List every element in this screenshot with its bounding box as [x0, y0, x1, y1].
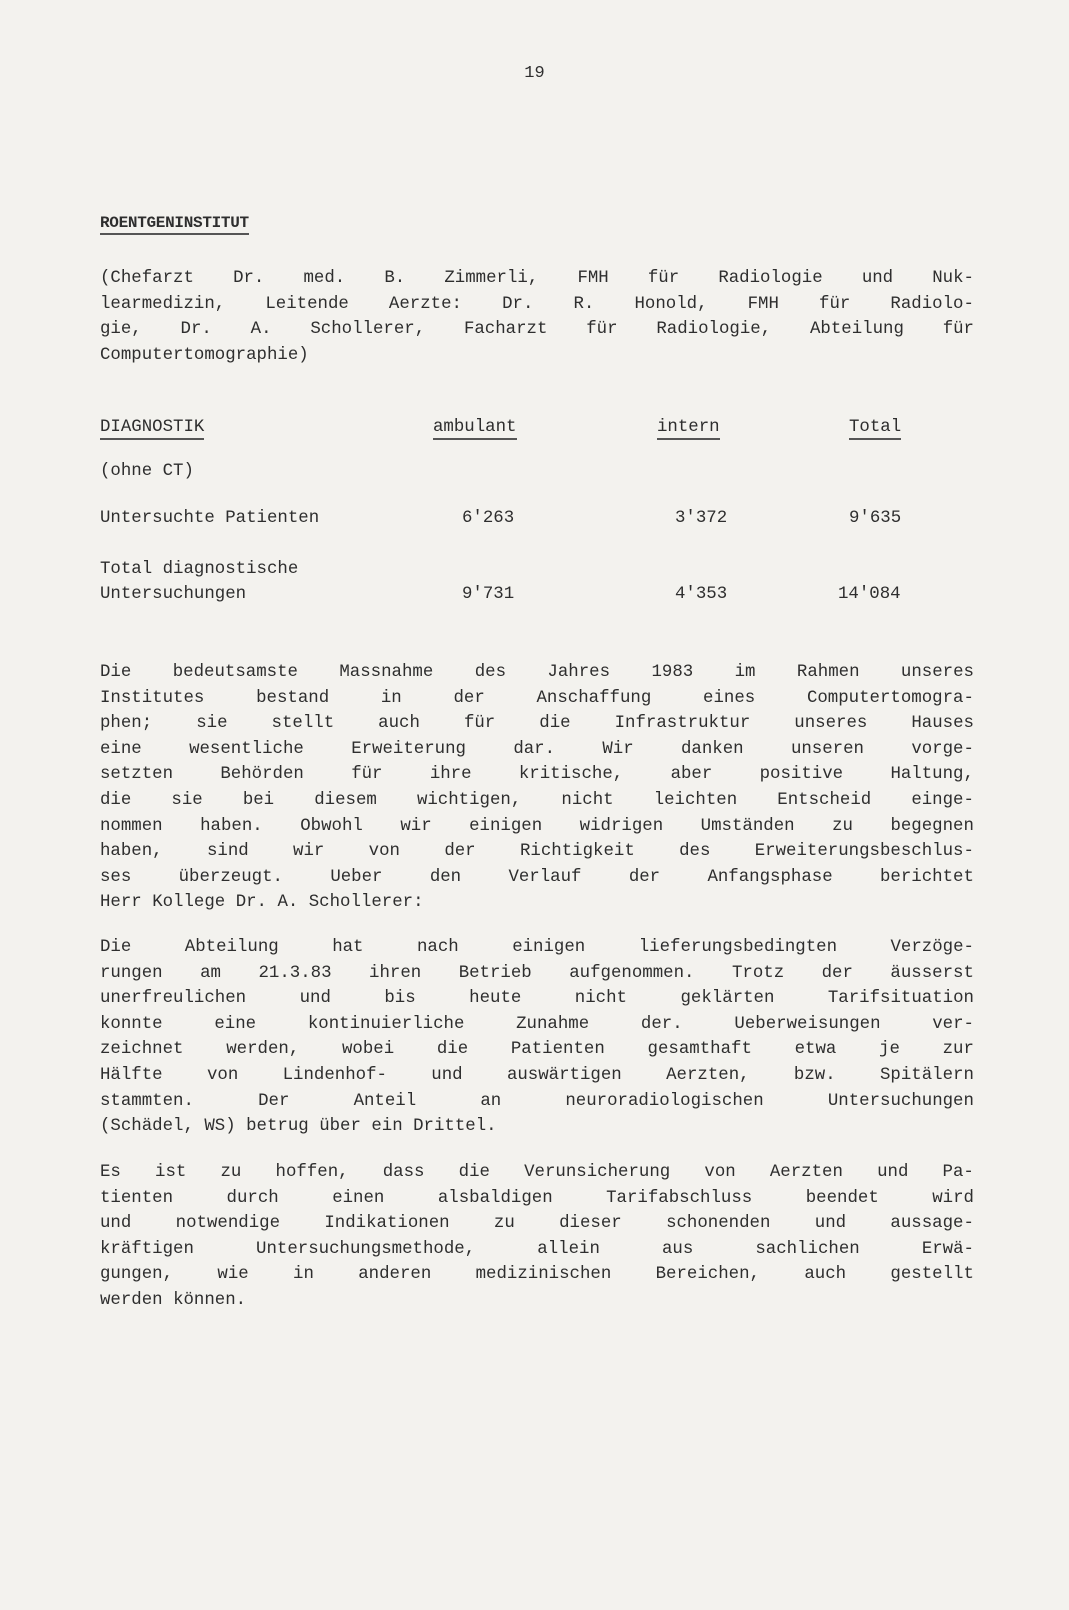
- text-line: undnotwendigeIndikationenzudieserschonen…: [100, 1211, 974, 1237]
- row-label: Untersuchte Patienten: [100, 509, 319, 528]
- text-line: DiebedeutsamsteMassnahmedesJahres1983imR…: [100, 660, 974, 686]
- cell-ambulant: 6'263: [462, 509, 514, 528]
- text-line: stammten.DerAnteilanneuroradiologischenU…: [100, 1089, 974, 1115]
- text-line: HälftevonLindenhof-undauswärtigenAerzten…: [100, 1063, 974, 1089]
- text-line: zeichnetwerden,wobeidiePatientengesamtha…: [100, 1037, 974, 1063]
- text-line: learmedizin,LeitendeAerzte:Dr.R.Honold,F…: [100, 292, 974, 318]
- body-paragraph-1: DiebedeutsamsteMassnahmedesJahres1983imR…: [100, 660, 974, 916]
- cell-ambulant: 9'731: [462, 585, 514, 604]
- intro-paragraph: (ChefarztDr.med.B.Zimmerli,FMHfürRadiolo…: [100, 266, 974, 368]
- body-paragraph-3: Esistzuhoffen,dassdieVerunsicherungvonAe…: [100, 1160, 974, 1314]
- page-number: 19: [0, 64, 1069, 83]
- diagnostics-table: DIAGNOSTIK ambulant intern Total (ohne C…: [100, 418, 920, 618]
- text-line: tientendurcheinenalsbaldigenTarifabschlu…: [100, 1186, 974, 1212]
- text-line: sesüberzeugt.UeberdenVerlaufderAnfangsph…: [100, 865, 974, 891]
- text-line: diesiebeidiesemwichtigen,nichtleichtenEn…: [100, 788, 974, 814]
- table-header-total: Total: [849, 418, 901, 440]
- text-line: setztenBehördenfürihrekritische,aberposi…: [100, 762, 974, 788]
- text-line: (ChefarztDr.med.B.Zimmerli,FMHfürRadiolo…: [100, 266, 974, 292]
- table-header-intern: intern: [657, 418, 720, 440]
- text-line: haben,sindwirvonderRichtigkeitdesErweite…: [100, 839, 974, 865]
- text-line: unerfreulichenundbisheutenichtgeklärtenT…: [100, 986, 974, 1012]
- table-subheader: (ohne CT): [100, 462, 194, 481]
- cell-total: 9'635: [849, 509, 901, 528]
- section-heading: ROENTGENINSTITUT: [100, 214, 249, 235]
- text-line: einewesentlicheErweiterungdar.Wirdankenu…: [100, 737, 974, 763]
- text-line: Computertomographie): [100, 343, 974, 369]
- cell-intern: 3'372: [675, 509, 727, 528]
- body-paragraph-2: DieAbteilunghatnacheinigenlieferungsbedi…: [100, 935, 974, 1140]
- text-line: InstitutesbestandinderAnschaffungeinesCo…: [100, 686, 974, 712]
- row-label: Total diagnostische: [100, 560, 298, 579]
- text-line: Esistzuhoffen,dassdieVerunsicherungvonAe…: [100, 1160, 974, 1186]
- cell-total: 14'084: [838, 585, 901, 604]
- cell-intern: 4'353: [675, 585, 727, 604]
- text-line: konnteeinekontinuierlicheZunahmeder.Uebe…: [100, 1012, 974, 1038]
- text-line: rungenam21.3.83ihrenBetriebaufgenommen.T…: [100, 961, 974, 987]
- text-line: (Schädel,WS)betrugübereinDrittel.: [100, 1114, 974, 1140]
- text-line: DieAbteilunghatnacheinigenlieferungsbedi…: [100, 935, 974, 961]
- text-line: gie,Dr.A.Schollerer,FacharztfürRadiologi…: [100, 317, 974, 343]
- text-line: nommenhaben.ObwohlwireinigenwidrigenUmst…: [100, 814, 974, 840]
- text-line: phen;siestelltauchfürdieInfrastrukturuns…: [100, 711, 974, 737]
- text-line: gungen,wieinanderenmedizinischenBereiche…: [100, 1262, 974, 1288]
- table-header-diagnostik: DIAGNOSTIK: [100, 418, 204, 440]
- row-label-cont: Untersuchungen: [100, 585, 246, 604]
- text-line: HerrKollegeDr.A.Schollerer:: [100, 890, 974, 916]
- text-line: kräftigenUntersuchungsmethode,alleinauss…: [100, 1237, 974, 1263]
- table-header-ambulant: ambulant: [433, 418, 517, 440]
- text-line: werdenkönnen.: [100, 1288, 974, 1314]
